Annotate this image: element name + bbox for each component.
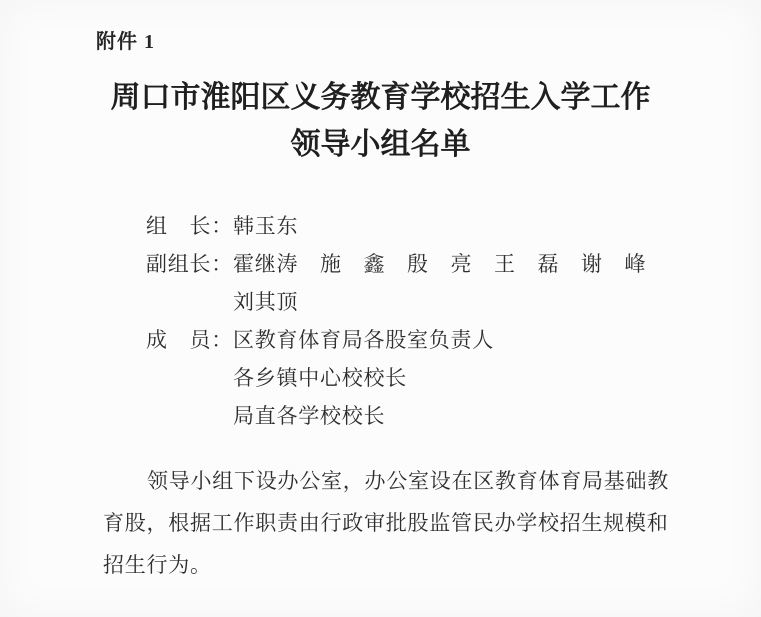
document-page: 附件 1 周口市淮阳区义务教育学校招生入学工作 领导小组名单 组 长：韩玉东 副…	[0, 0, 761, 617]
leadership-roster: 组 长：韩玉东 副组长：霍继涛 施 鑫 殷 亮 王 磊 谢 峰 刘其顶 成 员：…	[146, 207, 646, 435]
roster-row-leader: 组 长：韩玉东	[146, 207, 646, 245]
deputy-role-label: 副组长：	[146, 252, 233, 276]
paragraph-line-3: 招生行为。	[103, 544, 678, 586]
leader-role-label: 组 长：	[146, 214, 233, 238]
members-group-1: 区教育体育局各股室负责人	[233, 328, 494, 352]
roster-row-members-continuation-1: 各乡镇中心校校长	[146, 359, 646, 397]
members-role-label: 成 员：	[146, 328, 233, 352]
attachment-label: 附件 1	[96, 25, 155, 54]
deputy-name-continued: 刘其顶	[233, 290, 298, 314]
roster-row-deputy-continuation: 刘其顶	[146, 283, 646, 321]
office-note-paragraph: 领导小组下设办公室，办公室设在区教育体育局基础教 育股，根据工作职责由行政审批股…	[103, 460, 678, 586]
roster-row-members: 成 员：区教育体育局各股室负责人	[146, 321, 646, 359]
deputy-names: 霍继涛 施 鑫 殷 亮 王 磊 谢 峰	[233, 252, 646, 276]
title-line-2: 领导小组名单	[0, 121, 761, 168]
title-line-1: 周口市淮阳区义务教育学校招生入学工作	[0, 74, 761, 121]
leader-name: 韩玉东	[233, 214, 298, 238]
roster-row-deputy: 副组长：霍继涛 施 鑫 殷 亮 王 磊 谢 峰	[146, 245, 646, 283]
document-title: 周口市淮阳区义务教育学校招生入学工作 领导小组名单	[0, 74, 761, 168]
members-group-3: 局直各学校校长	[233, 404, 385, 428]
paragraph-line-2: 育股，根据工作职责由行政审批股监管民办学校招生规模和	[103, 502, 678, 544]
members-group-2: 各乡镇中心校校长	[233, 366, 407, 390]
paragraph-line-1: 领导小组下设办公室，办公室设在区教育体育局基础教	[103, 460, 678, 502]
roster-row-members-continuation-2: 局直各学校校长	[146, 397, 646, 435]
